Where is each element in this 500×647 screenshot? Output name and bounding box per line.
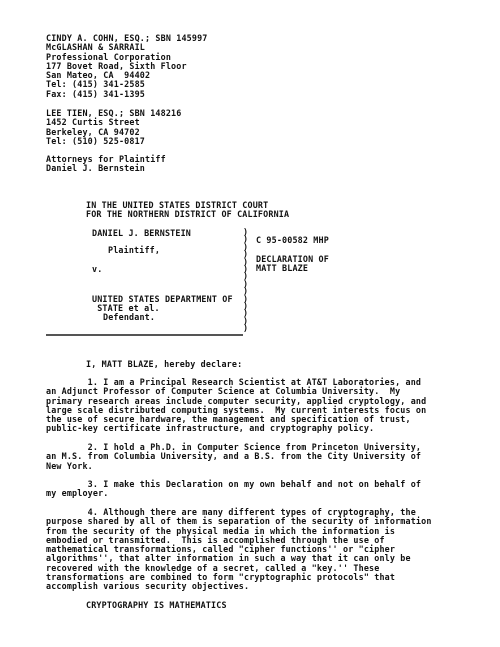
defendant-label: Defendant. xyxy=(103,313,155,322)
versus-label: v. xyxy=(92,265,102,274)
paragraph-line: an M.S. from Columbia University, and a … xyxy=(46,452,421,461)
paragraph-3: 3. I make this Declaration on my own beh… xyxy=(46,480,421,499)
plaintiff-label: Plaintiff, xyxy=(108,246,160,255)
paragraph-line: public-key certificate infrastructure, a… xyxy=(46,424,426,433)
document-title-line-2: MATT BLAZE xyxy=(256,264,308,273)
attorney-role: Attorneys for Plaintiff Daniel J. Bernst… xyxy=(46,155,166,174)
paragraph-line: my employer. xyxy=(46,489,421,498)
role-line: Daniel J. Bernstein xyxy=(46,164,166,173)
paragraph-line: accomplish various security objectives. xyxy=(46,582,432,591)
court-heading: IN THE UNITED STATES DISTRICT COURT FOR … xyxy=(86,201,289,220)
paragraph-1: 1. I am a Principal Research Scientist a… xyxy=(46,378,426,434)
attorney-block-tien: LEE TIEN, ESQ.; SBN 148216 1452 Curtis S… xyxy=(46,109,181,146)
case-number: C 95-00582 MHP xyxy=(256,236,329,245)
caption-rule xyxy=(46,334,243,336)
paren: ) xyxy=(243,325,248,332)
document-page: CINDY A. COHN, ESQ.; SBN 145997 McGLASHA… xyxy=(0,0,500,647)
paragraph-line: New York. xyxy=(46,462,421,471)
caption-paren-column: ) ) ) ) ) ) ) ) ) ) ) ) ) ) xyxy=(243,229,248,332)
declaration-intro: I, MATT BLAZE, hereby declare: xyxy=(86,360,242,369)
paragraph-2: 2. I hold a Ph.D. in Computer Science fr… xyxy=(46,443,421,471)
attorney-line: Tel: (510) 525-0817 xyxy=(46,137,181,146)
attorney-block-cohn: CINDY A. COHN, ESQ.; SBN 145997 McGLASHA… xyxy=(46,34,208,99)
section-heading: CRYPTOGRAPHY IS MATHEMATICS xyxy=(86,601,227,610)
court-heading-line-2: FOR THE NORTHERN DISTRICT OF CALIFORNIA xyxy=(86,210,289,219)
plaintiff-name: DANIEL J. BERNSTEIN xyxy=(92,229,191,238)
attorney-line: Fax: (415) 341-1395 xyxy=(46,90,208,99)
paragraph-4: 4. Although there are many different typ… xyxy=(46,508,432,592)
